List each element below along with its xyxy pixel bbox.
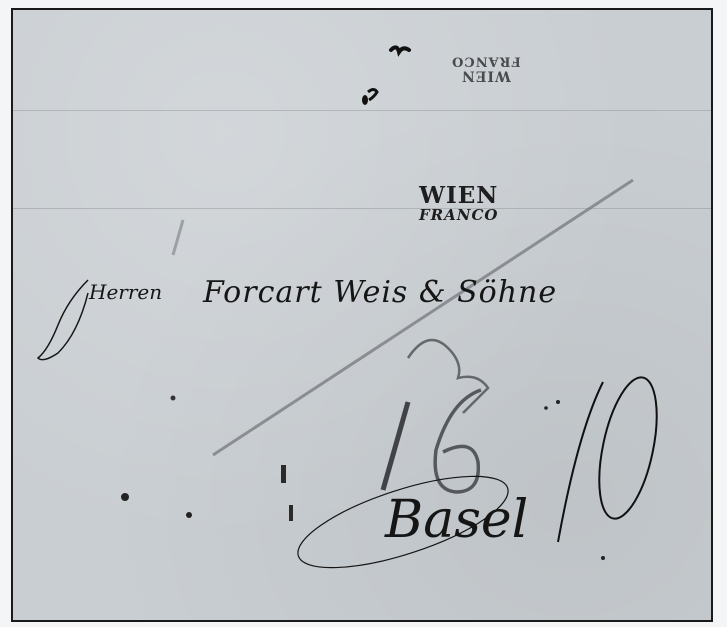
handwriting-strokes <box>13 10 711 620</box>
letter-cover: WIEN FRANCO WIEN FRANCO H <box>11 8 713 622</box>
address-city: Basel <box>385 490 528 550</box>
address-salutation: Herren <box>89 280 162 304</box>
address-recipient: Forcart Weis & Söhne <box>203 275 557 310</box>
